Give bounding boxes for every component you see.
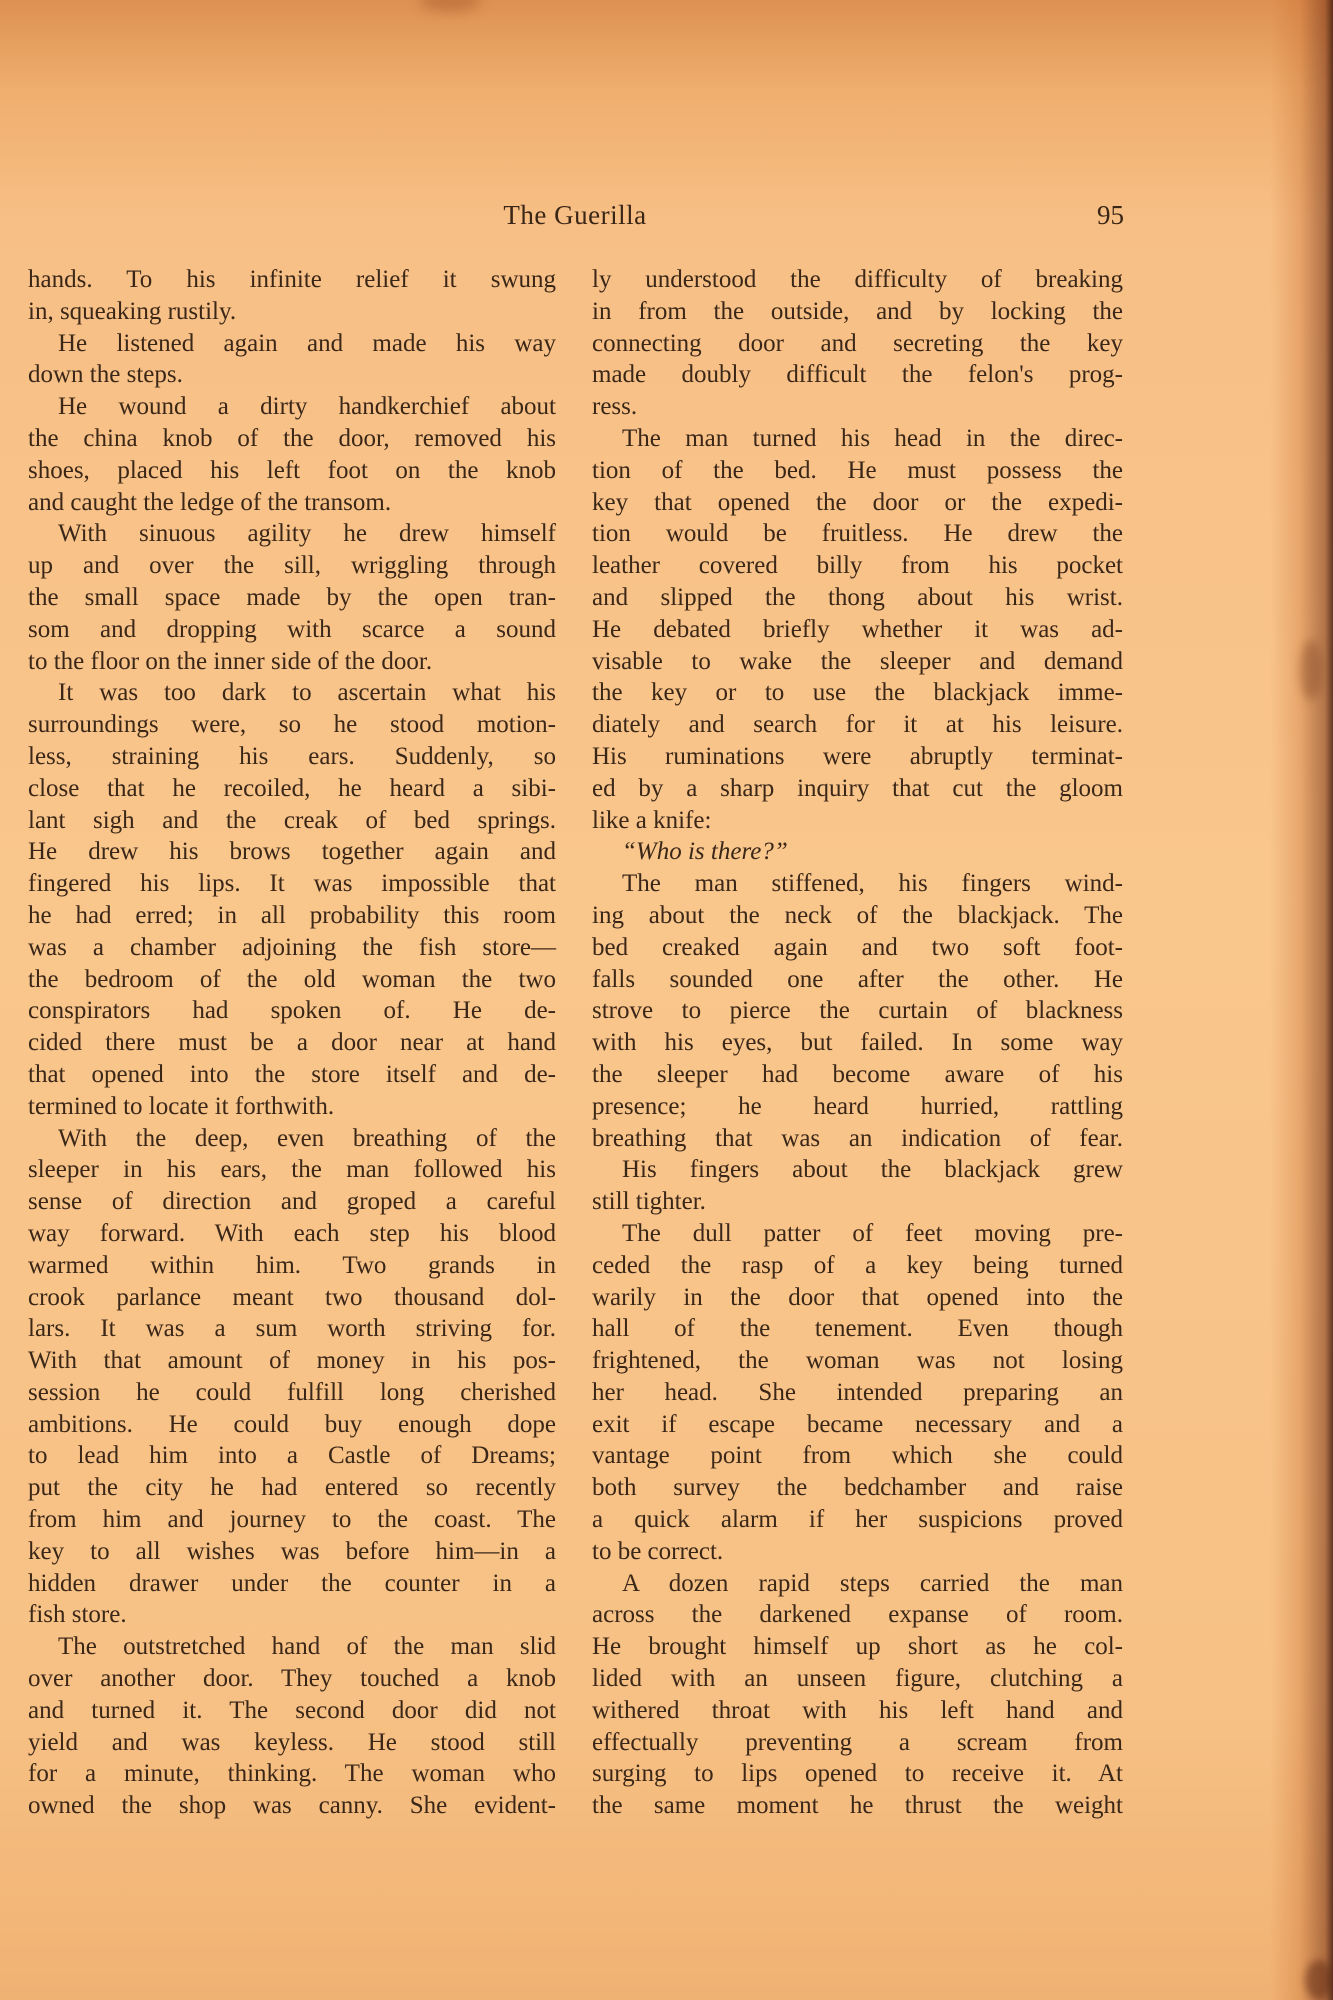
text-line: A dozen rapid steps carried the man bbox=[592, 1568, 1123, 1600]
text-line: up and over the sill, wriggling through bbox=[28, 550, 556, 582]
text-line: surroundings were, so he stood motion- bbox=[28, 709, 556, 741]
text-line: and slipped the thong about his wrist. bbox=[592, 582, 1123, 614]
text-line: With that amount of money in his pos- bbox=[28, 1345, 556, 1377]
text-line: bed creaked again and two soft foot- bbox=[592, 932, 1123, 964]
text-line: put the city he had entered so recently bbox=[28, 1472, 556, 1504]
text-line: It was too dark to ascertain what his bbox=[28, 677, 556, 709]
text-line: with his eyes, but failed. In some way bbox=[592, 1027, 1123, 1059]
text-line: the key or to use the blackjack imme- bbox=[592, 677, 1123, 709]
text-line: over another door. They touched a knob bbox=[28, 1663, 556, 1695]
text-line: “Who is there?” bbox=[592, 836, 1123, 868]
text-line: the same moment he thrust the weight bbox=[592, 1790, 1123, 1822]
text-line: less, straining his ears. Suddenly, so bbox=[28, 741, 556, 773]
text-line: effectually preventing a scream from bbox=[592, 1727, 1123, 1759]
text-line: her head. She intended preparing an bbox=[592, 1377, 1123, 1409]
text-line: and caught the ledge of the transom. bbox=[28, 487, 556, 519]
text-line: ambitions. He could buy enough dope bbox=[28, 1409, 556, 1441]
text-line: withered throat with his left hand and bbox=[592, 1695, 1123, 1727]
text-line: sleeper in his ears, the man followed hi… bbox=[28, 1154, 556, 1186]
text-line: to be correct. bbox=[592, 1536, 1123, 1568]
text-line: for a minute, thinking. The woman who bbox=[28, 1758, 556, 1790]
text-line: The outstretched hand of the man slid bbox=[28, 1631, 556, 1663]
text-line: The man turned his head in the direc- bbox=[592, 423, 1123, 455]
text-line: ly understood the difficulty of breaking bbox=[592, 264, 1123, 296]
text-line: som and dropping with scarce a sound bbox=[28, 614, 556, 646]
page-number: 95 bbox=[1088, 200, 1124, 231]
text-line: hall of the tenement. Even though bbox=[592, 1313, 1123, 1345]
text-line: owned the shop was canny. She evident- bbox=[28, 1790, 556, 1822]
text-line: the small space made by the open tran- bbox=[28, 582, 556, 614]
text-line: vantage point from which she could bbox=[592, 1440, 1123, 1472]
text-line: diately and search for it at his leisure… bbox=[592, 709, 1123, 741]
text-line: He brought himself up short as he col- bbox=[592, 1631, 1123, 1663]
text-line: He drew his brows together again and bbox=[28, 836, 556, 868]
text-line: across the darkened expanse of room. bbox=[592, 1599, 1123, 1631]
text-column-right: ly understood the difficulty of breaking… bbox=[592, 264, 1123, 1822]
text-line: hands. To his infinite relief it swung bbox=[28, 264, 556, 296]
text-line: like a knife: bbox=[592, 805, 1123, 837]
text-line: in, squeaking rustily. bbox=[28, 296, 556, 328]
text-line: The dull patter of feet moving pre- bbox=[592, 1218, 1123, 1250]
text-line: With the deep, even breathing of the bbox=[28, 1123, 556, 1155]
text-line: lars. It was a sum worth striving for. bbox=[28, 1313, 556, 1345]
text-line: down the steps. bbox=[28, 359, 556, 391]
text-line: close that he recoiled, he heard a sibi- bbox=[28, 773, 556, 805]
text-line: presence; he heard hurried, rattling bbox=[592, 1091, 1123, 1123]
text-line: leather covered billy from his pocket bbox=[592, 550, 1123, 582]
text-line: to lead him into a Castle of Dreams; bbox=[28, 1440, 556, 1472]
running-head: The Guerilla 95 bbox=[0, 200, 1150, 236]
text-line: key to all wishes was before him—in a bbox=[28, 1536, 556, 1568]
text-line: the bedroom of the old woman the two bbox=[28, 964, 556, 996]
text-line: warily in the door that opened into the bbox=[592, 1282, 1123, 1314]
text-line: from him and journey to the coast. The bbox=[28, 1504, 556, 1536]
text-line: and turned it. The second door did not bbox=[28, 1695, 556, 1727]
text-line: He listened again and made his way bbox=[28, 328, 556, 360]
text-line: the sleeper had become aware of his bbox=[592, 1059, 1123, 1091]
text-line: made doubly difficult the felon's prog- bbox=[592, 359, 1123, 391]
text-line: His ruminations were abruptly terminat- bbox=[592, 741, 1123, 773]
text-line: session he could fulfill long cherished bbox=[28, 1377, 556, 1409]
text-line: exit if escape became necessary and a bbox=[592, 1409, 1123, 1441]
text-line: ress. bbox=[592, 391, 1123, 423]
text-line: tion would be fruitless. He drew the bbox=[592, 518, 1123, 550]
text-line: He wound a dirty handkerchief about bbox=[28, 391, 556, 423]
text-line: fingered his lips. It was impossible tha… bbox=[28, 868, 556, 900]
text-line: crook parlance meant two thousand dol- bbox=[28, 1282, 556, 1314]
text-line: surging to lips opened to receive it. At bbox=[592, 1758, 1123, 1790]
text-line: was a chamber adjoining the fish store— bbox=[28, 932, 556, 964]
paper-stain bbox=[1305, 1960, 1333, 2000]
text-line: The man stiffened, his fingers wind- bbox=[592, 868, 1123, 900]
text-line: a quick alarm if her suspicions proved bbox=[592, 1504, 1123, 1536]
text-line: falls sounded one after the other. He bbox=[592, 964, 1123, 996]
text-line: frightened, the woman was not losing bbox=[592, 1345, 1123, 1377]
paper-stain bbox=[1300, 640, 1322, 700]
text-line: lant sigh and the creak of bed springs. bbox=[28, 805, 556, 837]
text-line: that opened into the store itself and de… bbox=[28, 1059, 556, 1091]
text-line: hidden drawer under the counter in a bbox=[28, 1568, 556, 1600]
text-line: His fingers about the blackjack grew bbox=[592, 1154, 1123, 1186]
text-line: tion of the bed. He must possess the bbox=[592, 455, 1123, 487]
text-line: key that opened the door or the expedi- bbox=[592, 487, 1123, 519]
text-line: fish store. bbox=[28, 1599, 556, 1631]
text-line: both survey the bedchamber and raise bbox=[592, 1472, 1123, 1504]
text-line: lided with an unseen figure, clutching a bbox=[592, 1663, 1123, 1695]
text-line: the china knob of the door, removed his bbox=[28, 423, 556, 455]
text-line: yield and was keyless. He stood still bbox=[28, 1727, 556, 1759]
running-title: The Guerilla bbox=[470, 200, 680, 231]
text-line: breathing that was an indication of fear… bbox=[592, 1123, 1123, 1155]
text-line: he had erred; in all probability this ro… bbox=[28, 900, 556, 932]
text-line: termined to locate it forthwith. bbox=[28, 1091, 556, 1123]
text-line: sense of direction and groped a careful bbox=[28, 1186, 556, 1218]
text-line: He debated briefly whether it was ad- bbox=[592, 614, 1123, 646]
text-line: cided there must be a door near at hand bbox=[28, 1027, 556, 1059]
text-line: ed by a sharp inquiry that cut the gloom bbox=[592, 773, 1123, 805]
text-line: warmed within him. Two grands in bbox=[28, 1250, 556, 1282]
text-line: in from the outside, and by locking the bbox=[592, 296, 1123, 328]
text-line: ing about the neck of the blackjack. The bbox=[592, 900, 1123, 932]
text-line: shoes, placed his left foot on the knob bbox=[28, 455, 556, 487]
text-line: visable to wake the sleeper and demand bbox=[592, 646, 1123, 678]
text-line: ceded the rasp of a key being turned bbox=[592, 1250, 1123, 1282]
text-line: still tighter. bbox=[592, 1186, 1123, 1218]
text-column-left: hands. To his infinite relief it swungin… bbox=[28, 264, 556, 1822]
text-line: strove to pierce the curtain of blacknes… bbox=[592, 995, 1123, 1027]
paper-stain bbox=[420, 0, 480, 12]
text-line: way forward. With each step his blood bbox=[28, 1218, 556, 1250]
text-line: to the floor on the inner side of the do… bbox=[28, 646, 556, 678]
text-line: conspirators had spoken of. He de- bbox=[28, 995, 556, 1027]
text-line: With sinuous agility he drew himself bbox=[28, 518, 556, 550]
text-line: connecting door and secreting the key bbox=[592, 328, 1123, 360]
